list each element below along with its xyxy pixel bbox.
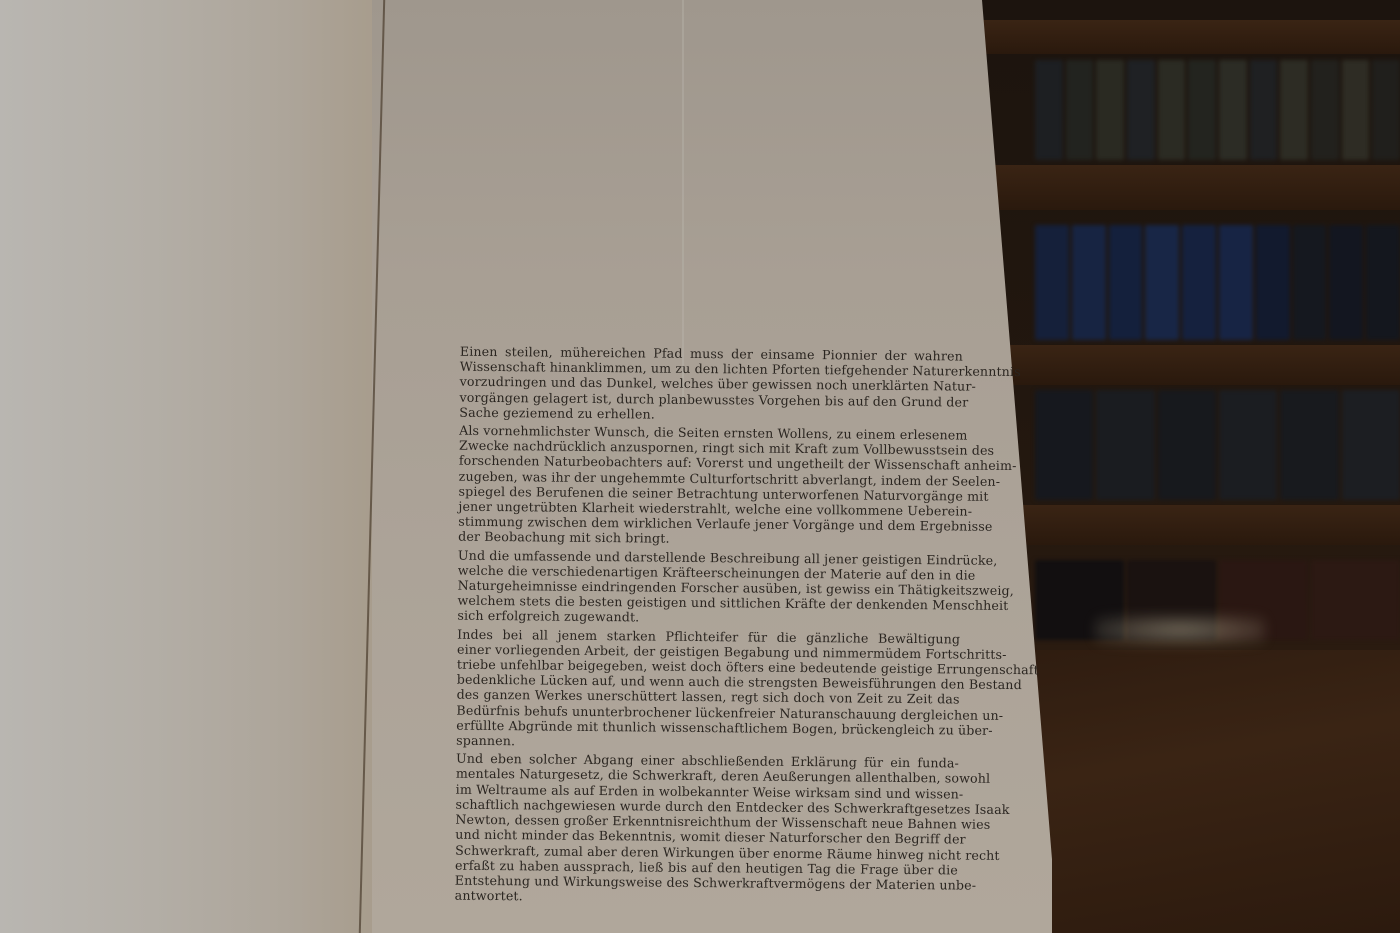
paragraph-1: Einen steilen, mühereichen Pfad muss der… bbox=[387, 343, 963, 425]
shelf-board bbox=[980, 165, 1400, 210]
light-reflection bbox=[1095, 615, 1265, 645]
book-row-middle bbox=[1035, 225, 1400, 340]
book-row-top bbox=[1035, 60, 1400, 160]
shelf-board bbox=[980, 345, 1400, 385]
page-text: Einen steilen, mühereichen Pfad muss der… bbox=[383, 343, 963, 911]
paragraph-2: Als vornehmlichster Wunsch, die Seiten e… bbox=[386, 422, 962, 549]
paragraph-4: Indes bei all jenem starken Pflichteifer… bbox=[384, 626, 960, 753]
photo-scene: Einen steilen, mühereichen Pfad muss der… bbox=[0, 0, 1400, 933]
book-row-lower bbox=[1035, 390, 1400, 500]
paragraph-5: Und eben solcher Abgang einer abschließe… bbox=[383, 750, 959, 908]
shelf-board bbox=[980, 20, 1400, 54]
shelf-board bbox=[980, 505, 1400, 545]
paragraph-3: Und die umfassende und darstellende Besc… bbox=[385, 547, 961, 629]
left-page-blank bbox=[0, 0, 380, 933]
